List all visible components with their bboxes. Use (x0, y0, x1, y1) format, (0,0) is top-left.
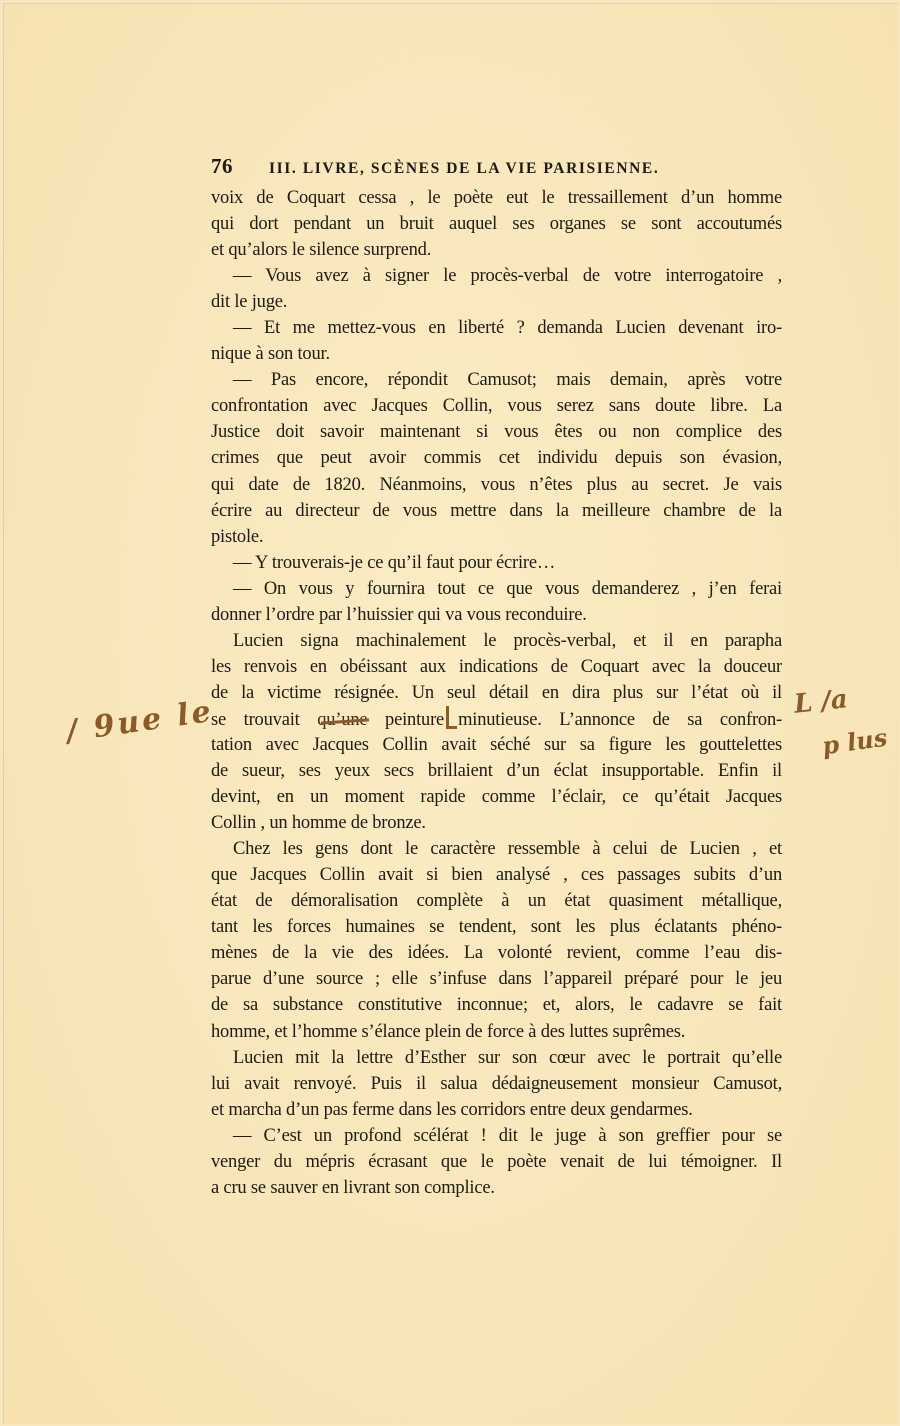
text-line: écrire au directeur de vous mettre dans … (211, 498, 782, 524)
text-line: tant les forces humaines se tendent, son… (211, 914, 782, 940)
body-text: voix de Coquart cessa , le poète eut le … (211, 185, 782, 1201)
text-line: — On vous y fournira tout ce que vous de… (211, 576, 782, 602)
book-page: 76 III. LIVRE, SCÈNES DE LA VIE PARISIEN… (3, 3, 898, 1424)
text-line: qui dort pendant un bruit auquel ses org… (211, 211, 782, 237)
text-line: voix de Coquart cessa , le poète eut le … (211, 185, 782, 211)
text-line: parue d’une source ; elle s’infuse dans … (211, 966, 782, 992)
text-line: — Y trouverais-je ce qu’il faut pour écr… (211, 550, 782, 576)
text-line: lui avait renvoyé. Puis il salua dédaign… (211, 1071, 782, 1097)
text-line: se trouvait qu’une peintureminutieuse. L… (211, 706, 782, 732)
text-line: nique à son tour. (211, 341, 782, 367)
insertion-mark-icon (446, 706, 457, 729)
text-line: Justice doit savoir maintenant si vous ê… (211, 419, 782, 445)
struck-out-word: qu’une (317, 710, 367, 730)
text-line: mènes de la vie des idées. La volonté re… (211, 940, 782, 966)
text-line: crimes que peut avoir commis cet individ… (211, 445, 782, 471)
margin-annotation-right-bottom: p lus (820, 723, 889, 761)
text-line: pistole. (211, 524, 782, 550)
text-line: et qu’alors le silence surprend. (211, 237, 782, 263)
text-line: Lucien signa machinalement le procès-ver… (211, 628, 782, 654)
text-line: confrontation avec Jacques Collin, vous … (211, 393, 782, 419)
text-line: Chez les gens dont le caractère ressembl… (211, 836, 782, 862)
text-line: et marcha d’un pas ferme dans les corrid… (211, 1097, 782, 1123)
text-line: devint, en un moment rapide comme l’écla… (211, 784, 782, 810)
text-line: — Vous avez à signer le procès-verbal de… (211, 263, 782, 289)
margin-annotation-right-top: L /a (793, 684, 850, 719)
text-line: de la victime résignée. Un seul détail e… (211, 680, 782, 706)
text-line: tation avec Jacques Collin avait séché s… (211, 732, 782, 758)
text-line: venger du mépris écrasant que le poète v… (211, 1149, 782, 1175)
text-segment: minutieuse. L’annonce de sa confron- (458, 710, 782, 730)
margin-annotation-left: / 9ue le (64, 694, 216, 749)
text-line: a cru se sauver en livrant son complice. (211, 1175, 782, 1201)
text-line: qui date de 1820. Néanmoins, vous n’êtes… (211, 472, 782, 498)
text-segment: se trouvait (211, 710, 317, 730)
text-line: Collin , un homme de bronze. (211, 810, 782, 836)
text-line: les renvois en obéissant aux indications… (211, 654, 782, 680)
page-number: 76 (211, 154, 269, 179)
text-line: état de démoralisation complète à un éta… (211, 888, 782, 914)
text-line: — Et me mettez-vous en liberté ? demanda… (211, 315, 782, 341)
text-line: donner l’ordre par l’huissier qui va vou… (211, 602, 782, 628)
text-segment: peinture (367, 710, 444, 730)
page-header: 76 III. LIVRE, SCÈNES DE LA VIE PARISIEN… (211, 154, 786, 182)
text-line: Lucien mit la lettre d’Esther sur son cœ… (211, 1045, 782, 1071)
running-head: III. LIVRE, SCÈNES DE LA VIE PARISIENNE. (269, 160, 659, 178)
text-line: de sa substance constitutive inconnue; e… (211, 992, 782, 1018)
text-line: dit le juge. (211, 289, 782, 315)
text-line: — C’est un profond scélérat ! dit le jug… (211, 1123, 782, 1149)
text-line: — Pas encore, répondit Camusot; mais dem… (211, 367, 782, 393)
text-line: homme, et l’homme s’élance plein de forc… (211, 1019, 782, 1045)
text-line: que Jacques Collin avait si bien analysé… (211, 862, 782, 888)
text-line: de sueur, ses yeux secs brillaient d’un … (211, 758, 782, 784)
